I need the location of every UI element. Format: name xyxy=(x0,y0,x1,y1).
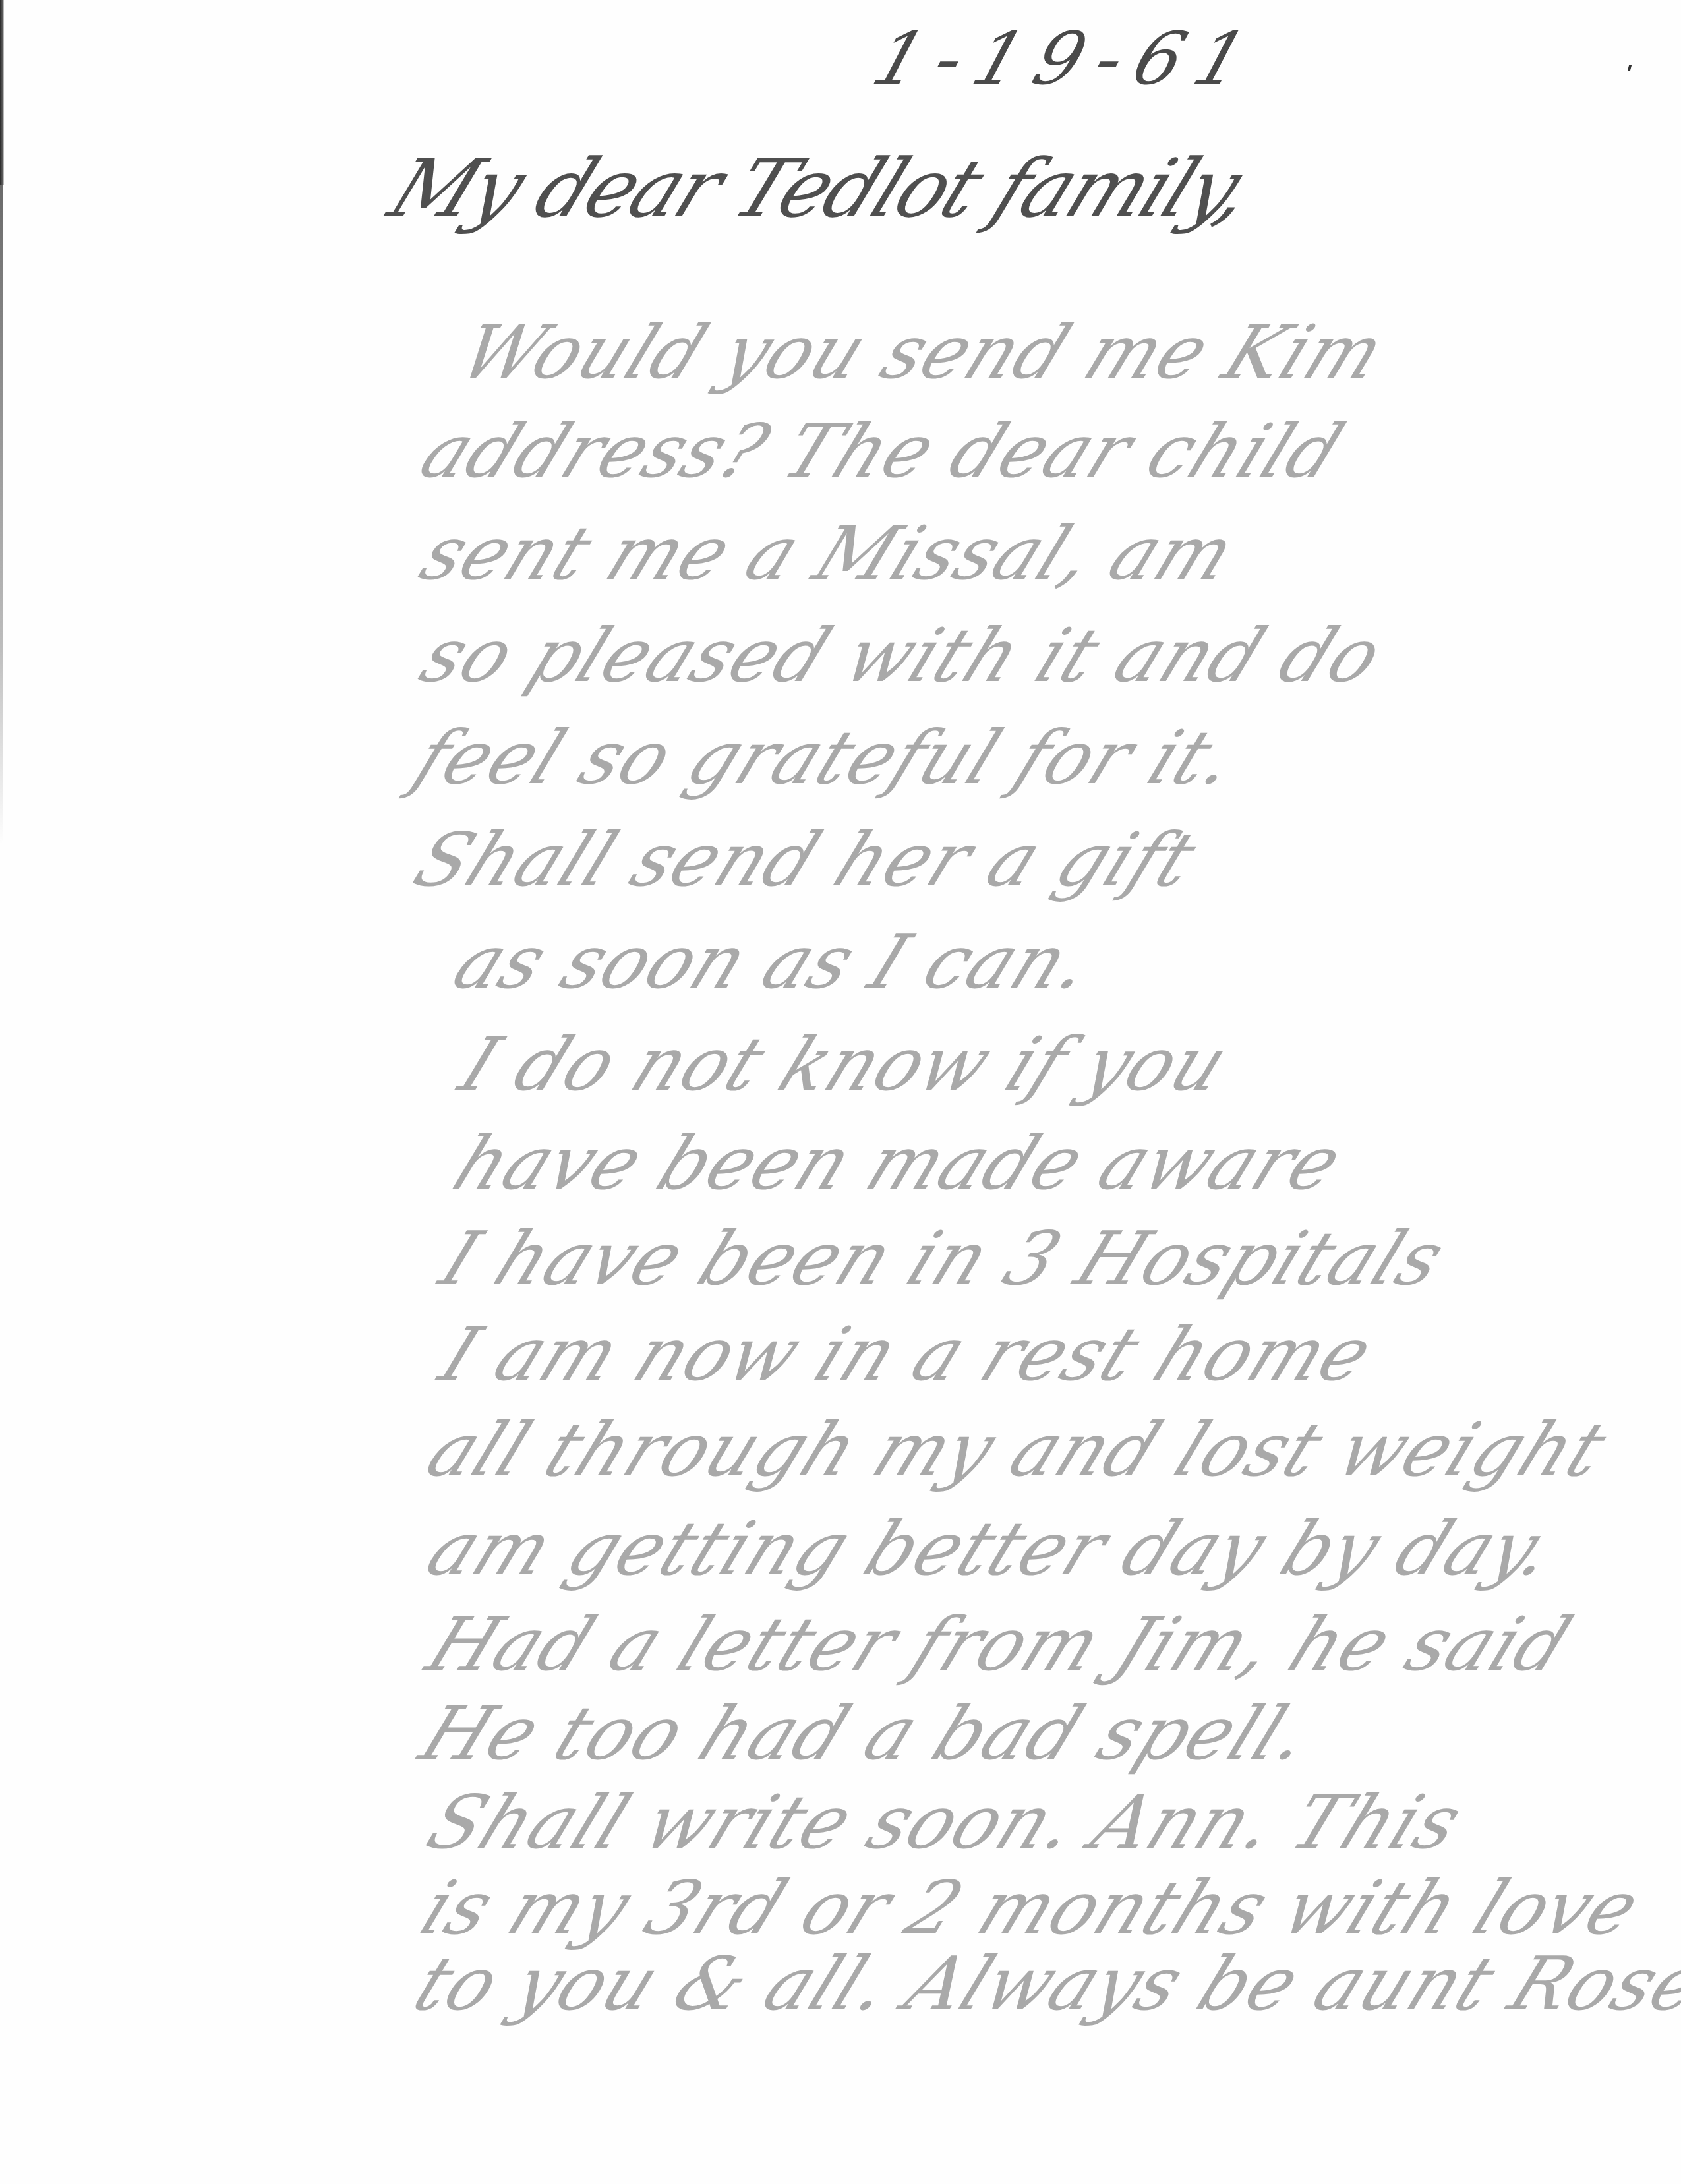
letter-page: 1-19-61 My dear Tedlot family, Would you… xyxy=(0,0,1681,2184)
letter-line: so pleased with it and do xyxy=(409,613,1395,699)
letter-line: Shall write soon. Ann. This xyxy=(415,1780,1475,1866)
letter-line: as soon as I can. xyxy=(442,920,1105,1005)
letter-date: 1-19-61 xyxy=(863,16,1272,101)
letter-line: Had a letter from Jim, he said xyxy=(415,1602,1583,1688)
letter-line: have been made aware xyxy=(442,1121,1354,1206)
letter-line: all through my and lost weight xyxy=(415,1407,1619,1493)
letter-line: I do not know if you xyxy=(448,1022,1241,1107)
letter-line: Would you send me Kim xyxy=(448,310,1397,396)
letter-line: address? The dear child xyxy=(409,409,1356,494)
letter-line: to you & all. Always be aunt Rose xyxy=(402,1941,1681,2027)
letter-salutation: My dear Tedlot family, xyxy=(376,142,1265,235)
letter-line: I have been in 3 Hospitals xyxy=(428,1216,1457,1302)
letter-line: Shall send her a gift xyxy=(402,817,1208,903)
letter-line: He too had a bad spell. xyxy=(409,1691,1324,1777)
scan-edge-shadow-lower xyxy=(0,185,3,844)
pencil-mark xyxy=(1628,65,1632,71)
letter-line: am getting better day by day. xyxy=(415,1506,1567,1592)
letter-line: feel so grateful for it. xyxy=(402,715,1249,801)
letter-line: is my 3rd or 2 months with love xyxy=(409,1866,1652,1951)
letter-line: I am now in a rest home xyxy=(428,1312,1385,1398)
letter-line: sent me a Missal, am xyxy=(409,511,1247,597)
scan-edge-shadow xyxy=(0,0,4,185)
